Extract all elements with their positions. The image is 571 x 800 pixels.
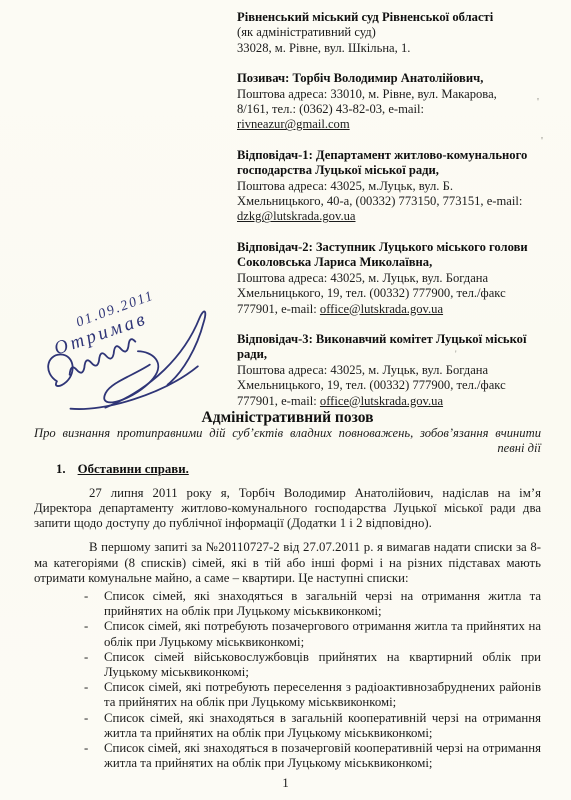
handwritten-received-word: Отримав [51, 279, 234, 360]
respondent2-email: office@lutskrada.gov.ua [320, 302, 443, 316]
bullet-dash: - [84, 680, 88, 695]
list-item: - Список сімей, які знаходяться в загаль… [104, 711, 541, 741]
scan-artifact: ' [541, 135, 543, 147]
scanned-document-page: Рівненський міський суд Рівненської обла… [0, 0, 571, 800]
document-subtitle: Про визнання протиправними дій суб’єктів… [34, 426, 541, 456]
section-1-number: 1. [56, 462, 66, 477]
scan-artifact: ' [455, 349, 457, 359]
document-title: Адміністративний позов [34, 410, 541, 425]
section-1-heading: 1.Обставини справи. [56, 462, 541, 477]
list-item: - Список сімей, які знаходяться в загаль… [104, 589, 541, 619]
list-item-text: Список сімей військовослужбовців прийнят… [104, 650, 541, 679]
handwritten-date: 01.09.2011 [74, 262, 228, 331]
list-item-text: Список сімей, які потребують позачергово… [104, 619, 541, 648]
lists-requested-list: - Список сімей, які знаходяться в загаль… [34, 589, 541, 771]
document-body: Адміністративний позов Про визнання прот… [34, 410, 541, 771]
respondent1-address-text: Поштова адреса: 43025, м.Луцьк, вул. Б. … [237, 179, 522, 208]
plaintiff-address-text: Поштова адреса: 33010, м. Рівне, вул. Ма… [237, 87, 497, 116]
bullet-dash: - [84, 589, 88, 604]
court-address: 33028, м. Рівне, вул. Шкільна, 1. [237, 41, 531, 56]
bullet-dash: - [84, 650, 88, 665]
party-respondent-1: Відповідач-1: Департамент житлово-комуна… [237, 148, 531, 225]
bullet-dash: - [84, 711, 88, 726]
court-name: Рівненський міський суд Рівненської обла… [237, 10, 531, 25]
respondent2-label: Відповідач-2: Заступник Луцького міськог… [237, 240, 531, 271]
respondent1-email: dzkg@lutskrada.gov.ua [237, 209, 356, 223]
list-item-text: Список сімей, які потребують переселення… [104, 680, 541, 709]
respondent1-address: Поштова адреса: 43025, м.Луцьк, вул. Б. … [237, 179, 531, 225]
respondent3-label: Відповідач-3: Виконавчий комітет Луцької… [237, 332, 531, 363]
party-plaintiff: Позивач: Торбіч Володимир Анатолійович, … [237, 71, 531, 133]
list-item-text: Список сімей, які знаходяться в позачерг… [104, 741, 541, 770]
party-court: Рівненський міський суд Рівненської обла… [237, 10, 531, 56]
respondent2-address: Поштова адреса: 43025, м. Луцьк, вул. Бо… [237, 271, 531, 317]
paragraph-2: В першому запиті за №20110727-2 від 27.0… [34, 540, 541, 586]
list-item: - Список сімей, які потребують позачерго… [104, 619, 541, 649]
list-item: - Список сімей, які потребують переселен… [104, 680, 541, 710]
respondent1-label: Відповідач-1: Департамент житлово-комуна… [237, 148, 531, 179]
document-header: Рівненський міський суд Рівненської обла… [237, 10, 531, 424]
plaintiff-label: Позивач: Торбіч Володимир Анатолійович, [237, 71, 531, 86]
list-item: - Список сімей, які знаходяться в позаче… [104, 741, 541, 771]
party-respondent-2: Відповідач-2: Заступник Луцького міськог… [237, 240, 531, 317]
bullet-dash: - [84, 741, 88, 756]
plaintiff-email: rivneazur@gmail.com [237, 117, 350, 131]
paragraph-1: 27 липня 2011 року я, Торбіч Володимир А… [34, 486, 541, 532]
party-respondent-3: Відповідач-3: Виконавчий комітет Луцької… [237, 332, 531, 409]
court-note: (як адміністративний суд) [237, 25, 531, 40]
list-item-text: Список сімей, які знаходяться в загальні… [104, 711, 541, 740]
list-item-text: Список сімей, які знаходяться в загальні… [104, 589, 541, 618]
respondent3-address: Поштова адреса: 43025, м. Луцьк, вул. Бо… [237, 363, 531, 409]
respondent3-email: office@lutskrada.gov.ua [320, 394, 443, 408]
scan-artifact: ' [537, 96, 539, 108]
plaintiff-address: Поштова адреса: 33010, м. Рівне, вул. Ма… [237, 87, 531, 133]
section-1-title: Обставини справи. [78, 462, 189, 476]
bullet-dash: - [84, 619, 88, 634]
list-item: - Список сімей військовослужбовців прийн… [104, 650, 541, 680]
page-number: 1 [0, 775, 571, 791]
